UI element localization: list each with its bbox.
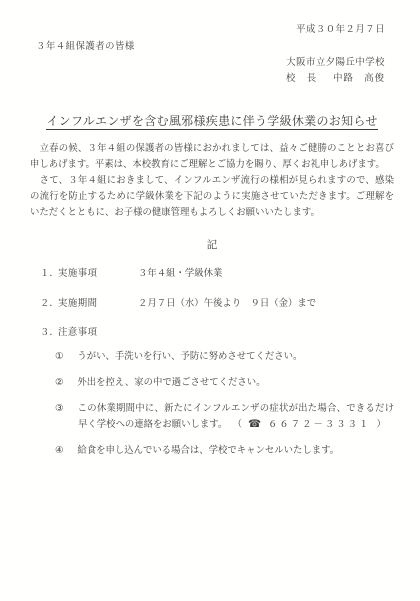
note-item-stay-home: ②外出を控え、家の中で過ごさせてください。 <box>55 375 394 391</box>
principal-name: 中路 高俊 <box>333 74 385 84</box>
item-value: ３年４組・学級休業 <box>138 266 394 282</box>
item-number: ３． <box>40 325 58 341</box>
greeting-paragraph: 立春の候、３年４組の保護者の皆様におかれましては、益々ご健勝のこととお喜び申しあ… <box>30 141 394 173</box>
school-name: 大阪市立夕陽丘中学校 <box>30 55 385 71</box>
notes-section-heading: ３． 注意事項 <box>40 325 394 341</box>
item-period: ２． 実施期間 ２月７日（水）午後より ９日（金）まで <box>40 296 394 312</box>
item-number: １． <box>40 266 58 282</box>
document-date: 平成３０年２月７日 <box>30 22 385 38</box>
item-number: ２． <box>40 296 58 312</box>
note-number: ④ <box>55 443 63 459</box>
note-item-gargle: ①うがい、手洗いを行い、予防に努めさせてください。 <box>55 349 394 365</box>
principal-line: 校 長中路 高俊 <box>30 71 385 87</box>
sender-block: 大阪市立夕陽丘中学校 校 長中路 高俊 <box>30 55 394 87</box>
announcement-paragraph: さて、３年４組におきまして、インフルエンザ流行の様相が見られますので、感染の流行… <box>30 173 394 221</box>
item-label: 実施事項 <box>58 266 138 282</box>
note-number: ② <box>55 375 63 391</box>
principal-title: 校 長 <box>286 74 317 84</box>
paren-open: （ <box>237 420 242 430</box>
notice-document-page: 平成３０年２月７日 ３年４組保護者の皆様 大阪市立夕陽丘中学校 校 長中路 高俊… <box>0 0 420 601</box>
addressee-line: ３年４組保護者の皆様 <box>36 39 394 55</box>
phone-icon: ☎ <box>248 419 261 430</box>
notice-title-text: インフルエンザを含む風邪様疾患に伴う学級休業のお知らせ <box>46 114 377 130</box>
note-item-contact-school: ③この休業期間中に、新たにインフルエンザの症状が出た場合、できるだけ早く学校への… <box>55 401 394 433</box>
item-value: ２月７日（水）午後より ９日（金）まで <box>138 296 394 312</box>
phone-number: ６６７２－３３３１ <box>268 420 370 430</box>
header-date-row: 平成３０年２月７日 <box>30 22 394 38</box>
phone-info: （☎６６７２－３３３１） <box>237 420 386 430</box>
note-text: 給食を申し込んでいる場合は、学校でキャンセルいたします。 <box>77 446 339 456</box>
note-number: ③ <box>55 401 63 417</box>
paren-close: ） <box>376 420 385 430</box>
item-label: 注意事項 <box>58 325 138 341</box>
notice-title: インフルエンザを含む風邪様疾患に伴う学級休業のお知らせ <box>30 114 394 129</box>
record-heading: 記 <box>30 238 394 254</box>
item-label: 実施期間 <box>58 296 138 312</box>
item-implementation: １． 実施事項 ３年４組・学級休業 <box>40 266 394 282</box>
note-number: ① <box>55 349 63 365</box>
note-item-lunch-cancel: ④給食を申し込んでいる場合は、学校でキャンセルいたします。 <box>55 443 394 459</box>
note-text: うがい、手洗いを行い、予防に努めさせてください。 <box>77 352 302 362</box>
note-text: 外出を控え、家の中で過ごさせてください。 <box>77 378 265 388</box>
